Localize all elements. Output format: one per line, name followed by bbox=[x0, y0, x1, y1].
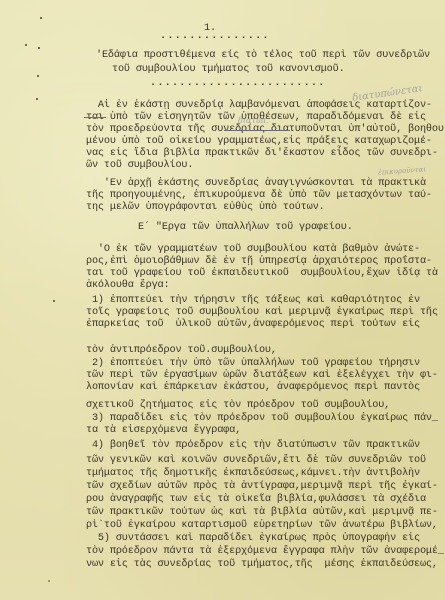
margin-speck bbox=[53, 300, 55, 302]
title-line-2: τοῦ συμβουλίου τμήματος τοῦ κανονισμοῦ. bbox=[112, 64, 345, 76]
paragraph-3-line-3: ται τοῦ γραφείου τοῦ ἐκπαιδευτικοῦ συμβο… bbox=[86, 268, 438, 280]
paragraph-2-line-1: 'Εν ἀρχῇ ἑκάστης συνεδρίας ἀναγιγνώσκοντ… bbox=[86, 178, 426, 190]
margin-speck bbox=[38, 47, 40, 49]
item-4-line-4: τῶν σχεδίων αὐτῶν πρὸς τὰ ἀντίγραφα,μερι… bbox=[86, 481, 438, 493]
item-2-line-1: 2) ἐποπτεύει τὴν ὑπὸ τῶν ὑπαλλήλων τοῦ γ… bbox=[86, 358, 420, 370]
item-3-line-2: τα τὰ εἰσερχόμενα ἔγγραφα, bbox=[86, 425, 241, 437]
item-5-line-2: τὸν πρόεδρον πάντα τὰ ἐξερχόμενα ἔγγραφα… bbox=[86, 546, 444, 558]
handwritten-note-3: διατυπ. bbox=[238, 116, 268, 125]
strikethrough-mark-2 bbox=[224, 130, 290, 131]
handwritten-note-2: ἐπικυροῦνται bbox=[378, 165, 427, 176]
item-2-line-3: λοπονίαν καὶ ἐπάρκειαν ἑκάστου, ἀναφερόμ… bbox=[86, 382, 420, 394]
paragraph-3-line-1: 'Ο ἐκ τῶν γραμματέων τοῦ συμβουλίου κατὰ… bbox=[86, 244, 420, 256]
paragraph-1-line-6: ῶν τοῦ συμβουλίου. bbox=[86, 160, 193, 172]
item-1-line-1: 1) ἐποπτεύει τὴν τήρησιν τῆς τάξεως καὶ … bbox=[86, 295, 420, 307]
title-dot-rule: ........................ bbox=[150, 78, 326, 90]
paragraph-1-line-5: νας εἰς ἴδια βιβλία πρακτικῶν δι'ἕκαστον… bbox=[86, 148, 438, 160]
item-2-line-2: τῶν περὶ τῶν ἐργασίμων ὡρῶν διατάξεων κα… bbox=[86, 370, 438, 382]
paragraph-2-line-3: της μελῶν ὑπογράφονται εὐθὺς ὑπὸ τούτων. bbox=[86, 202, 325, 214]
paragraph-1-line-1: Αἱ ἐν ἑκάστῃ συνεδρίᾳ λαμβανόμεναι ἀποφά… bbox=[86, 100, 432, 112]
item-4-line-2: τῶν γενικῶν καὶ κοινῶν συνεδριῶν,ἔτι δὲ … bbox=[86, 455, 426, 467]
item-5-line-1: 5) συντάσσει καὶ παραδίδει ἐγκαίρως πρὸς… bbox=[86, 533, 420, 545]
item-4-line-1: 4) βοηθεῖ τὸν πρόεδρον εἰς τὴν διατύπωσι… bbox=[86, 440, 420, 452]
title-line-1: 'Εδάφια προστιθέμενα είς τὸ τέλος τοῦ πε… bbox=[96, 50, 430, 62]
margin-speck bbox=[37, 75, 39, 77]
document-page: 1. ............... 'Εδάφια προστιθέμενα … bbox=[0, 0, 445, 600]
item-4-line-7: ρὶ`τοῦ ἐγκαίρου καταρτισμοῦ εὑρετηρίων τ… bbox=[86, 520, 438, 532]
margin-speck bbox=[40, 17, 42, 19]
item-4-line-5: ρου ἀναγραφῆς των εἰς τὰ οἰκεῖα βιβλία,φ… bbox=[86, 494, 426, 506]
item-5-line-3: νων εἰς τὰς συνεδρίας τοῦ τμήματος,τῆς μ… bbox=[86, 559, 438, 571]
section-heading: Ε΄ "Εργα τῶν ὑπαλλήλων τοῦ γραφείου. bbox=[138, 222, 353, 234]
item-2-line-4: σχετικοῦ ζητήματος εἰς τὸν πρόεδρον τοῦ … bbox=[86, 400, 390, 412]
item-4-line-6: τῶν πρακτικῶν τούτων ὡς καὶ τὰ βιβλία αὐ… bbox=[86, 507, 438, 519]
margin-speck bbox=[48, 580, 50, 582]
item-1-line-2: τοῖς γραφείοις τοῦ συμβουλίου καὶ μεριμν… bbox=[86, 307, 438, 319]
paragraph-1-line-4: μένου ὑπὸ τοῦ οἰκείου γραμματέως,εἰς πρά… bbox=[86, 136, 432, 148]
paragraph-2-line-2: τῆς προηγουμένης, ἐπικυρούμενα δὲ ὑπὸ τῶ… bbox=[86, 190, 432, 202]
item-4-line-3: τμήματος τῆς δημοτικῆς ἐκπαιδεύσεως,κάμν… bbox=[86, 468, 420, 480]
item-3-line-1: 3) παραδίδει εἰς τὸν πρόεδρον τοῦ συμβου… bbox=[86, 413, 438, 425]
paragraph-3-line-2: ρος,ἐπὶ ὁμοιοβάθμων δὲ ἐν τῇ ὑπηρεσίᾳ ἀρ… bbox=[86, 256, 432, 268]
paragraph-3-line-4: ἀκόλουθα ἔργα: bbox=[86, 280, 170, 292]
top-dot-rule: ............... bbox=[160, 31, 270, 43]
margin-speck bbox=[25, 44, 27, 46]
margin-speck bbox=[36, 98, 38, 100]
item-1-line-4: τὸν ἀντιπρόεδρον τοῦ.συμβουλίου, bbox=[86, 345, 277, 357]
strikethrough-mark-1 bbox=[84, 117, 106, 118]
item-1-line-3: ἐπαρκείας τοῦ ὑλικοῦ αὐτῶν,ἀναφερόμενος … bbox=[86, 319, 420, 331]
